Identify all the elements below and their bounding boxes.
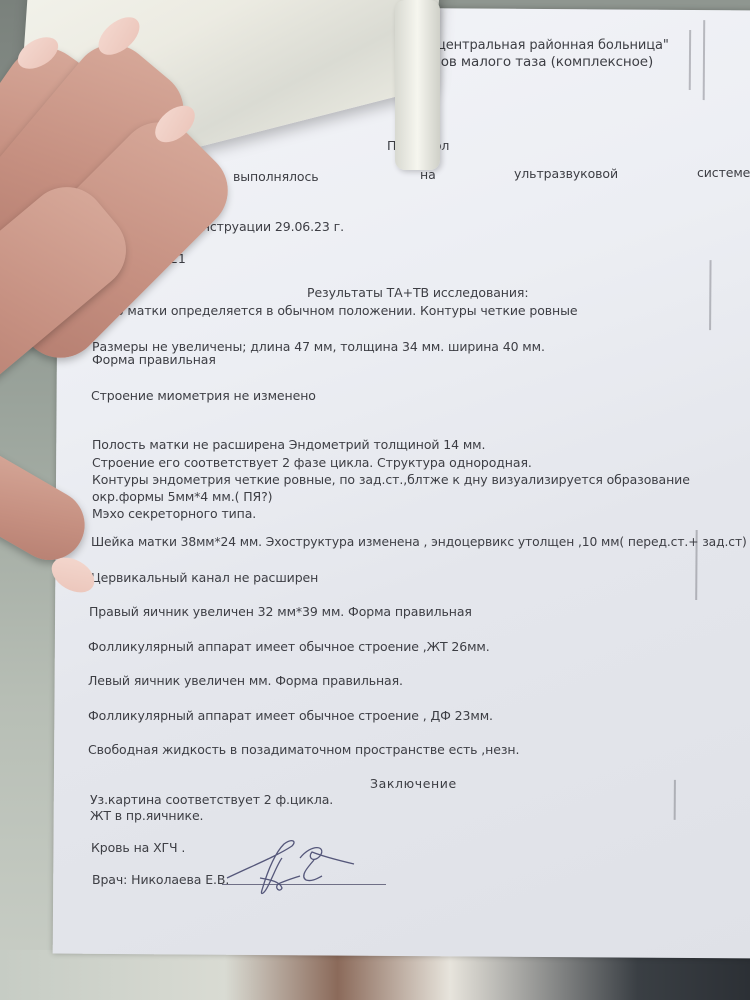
paper-scratch bbox=[709, 260, 711, 330]
endometrium-line-4: окр.формы 5мм*4 мм.( ПЯ?) bbox=[92, 489, 272, 504]
left-follicular: Фолликулярный аппарат имеет обычное стро… bbox=[88, 708, 493, 723]
doctor-signature bbox=[222, 838, 362, 898]
header-hospital-name: центральная районная больница" bbox=[437, 38, 669, 53]
recommendation: Кровь на ХГЧ . bbox=[91, 840, 185, 855]
conclusion-line-2: ЖТ в пр.яичнике. bbox=[90, 808, 203, 823]
right-follicular: Фолликулярный аппарат имеет обычное стро… bbox=[88, 639, 490, 654]
endometrium-line-1: Полость матки не расширена Эндометрий то… bbox=[92, 437, 485, 452]
endometrium-line-5: Мэхо секреторного типа. bbox=[92, 506, 256, 521]
cervical-canal: Цервикальный канал не расширен bbox=[91, 570, 318, 585]
uterus-position: Тело матки определяется в обычном положе… bbox=[93, 303, 577, 318]
paper-scratch bbox=[674, 780, 676, 820]
doctor-name: Врач: Николаева Е.В. bbox=[92, 872, 229, 887]
left-ovary: Левый яичник увеличен мм. Форма правильн… bbox=[88, 673, 403, 688]
performed-word-3: ультразвуковой bbox=[514, 166, 618, 181]
endometrium-line-2: Строение его соответствует 2 фазе цикла.… bbox=[92, 455, 532, 470]
conclusion-line-1: Уз.картина соответствует 2 ф.цикла. bbox=[90, 792, 333, 807]
header-exam-type: нов малого таза (комплексное) bbox=[432, 54, 653, 70]
performed-word-1: выполнялось bbox=[233, 169, 319, 184]
paper-roll-edge bbox=[395, 0, 440, 170]
endometrium-line-3: Контуры эндометрия четкие ровные, по зад… bbox=[92, 472, 690, 487]
performed-word-4: системе bbox=[697, 165, 750, 180]
uterus-shape: Форма правильная bbox=[92, 352, 216, 367]
paper-scratch bbox=[689, 30, 691, 90]
results-heading: Результаты ТА+ТВ исследования: bbox=[307, 285, 528, 300]
paper-scratch bbox=[703, 20, 706, 100]
right-ovary: Правый яичник увеличен 32 мм*39 мм. Форм… bbox=[89, 604, 472, 619]
cervix: Шейка матки 38мм*24 мм. Эхоструктура изм… bbox=[91, 535, 747, 549]
conclusion-heading: Заключение bbox=[370, 776, 457, 791]
free-fluid: Свободная жидкость в позадиматочном прос… bbox=[88, 742, 519, 757]
myometrium: Строение миометрия не изменено bbox=[91, 388, 316, 403]
